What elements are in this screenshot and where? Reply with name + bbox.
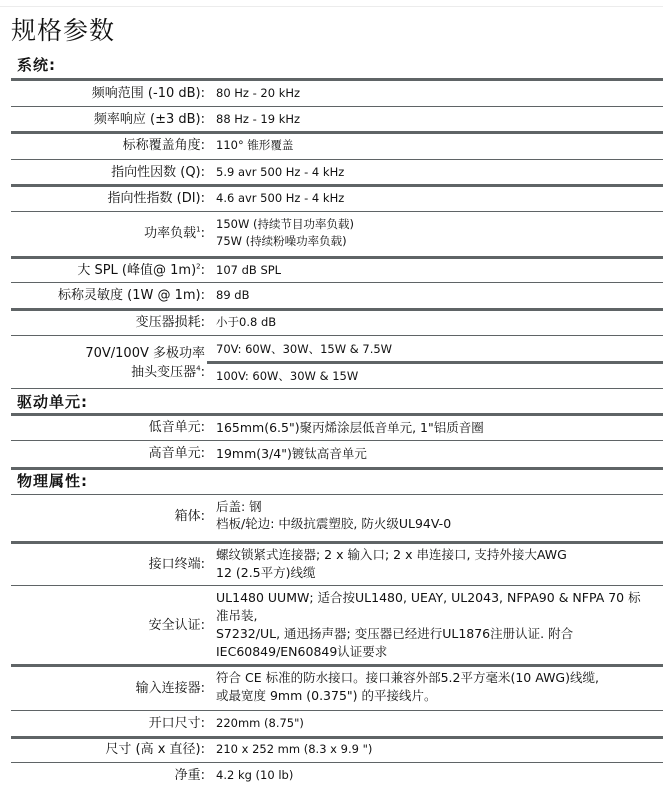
divider (11, 256, 663, 259)
spec-value-100v: 100V: 60W、30W & 15W (216, 368, 659, 385)
spec-value-line: UL1480 UUMW; 适合按UL1480, UEAY, UL2043, NF… (216, 589, 659, 607)
spec-value: 小于0.8 dB (216, 314, 659, 331)
spec-label: 指向性指数 (DI): (107, 190, 205, 207)
divider (11, 494, 663, 495)
spec-value: 165mm(6.5")聚丙烯涂层低音单元, 1"铝质音圈 (216, 419, 659, 436)
spec-value: 4.6 avr 500 Hz - 4 kHz (216, 190, 659, 207)
divider (11, 413, 663, 416)
spec-label: 接口终端: (149, 556, 205, 573)
spec-value: 符合 CE 标准的防水接口。接口兼容外部5.2平方毫米(10 AWG)线缆, 或… (216, 669, 659, 705)
divider (11, 211, 663, 212)
spec-value: 19mm(3/4")镀钛高音单元 (216, 445, 659, 462)
section-title-physical: 物理属性: (17, 471, 88, 491)
spec-value: 88 Hz - 19 kHz (216, 111, 659, 128)
spec-value-line: 后盖: 钢 (216, 498, 659, 515)
spec-value-line: S7232/UL, 通迅扬声器; 变压器已经进行UL1876注册认证. 附合 (216, 625, 659, 643)
spec-value-line: 12 (2.5平方)线缆 (216, 564, 659, 582)
spec-value: 螺纹锁紧式连接器; 2 x 输入口; 2 x 串连接口, 支持外接大AWG 12… (216, 546, 659, 582)
spec-value-line: 或最宽度 9mm (0.375") 的平接线片。 (216, 687, 659, 705)
spec-value: 110° 锥形覆盖 (216, 137, 659, 154)
spec-value: 4.2 kg (10 lb) (216, 767, 659, 784)
spec-label: 净重: (175, 767, 205, 784)
spec-value: 后盖: 钢 档板/轮边: 中级抗震塑胶, 防火级UL94V-0 (216, 498, 659, 532)
spec-value-line: 螺纹锁紧式连接器; 2 x 输入口; 2 x 串连接口, 支持外接大AWG (216, 546, 659, 564)
spec-label: 开口尺寸: (149, 715, 205, 732)
spec-label: 指向性因数 (Q): (111, 164, 205, 181)
divider (11, 106, 663, 107)
spec-label: 大 SPL (峰值@ 1m)2: (77, 262, 205, 279)
spec-label: 频率响应 (±3 dB): (94, 111, 205, 128)
divider (11, 335, 663, 336)
section-title-drivers: 驱动单元: (17, 392, 88, 412)
spec-value-line: 符合 CE 标准的防水接口。接口兼容外部5.2平方毫米(10 AWG)线缆, (216, 669, 659, 687)
divider (11, 388, 663, 389)
divider (11, 131, 663, 134)
spec-label: 输入连接器: (136, 680, 205, 697)
spec-value-line: IEC60849/EN60849认证要求 (216, 643, 659, 661)
spec-label: 功率负载1: (144, 225, 205, 242)
divider (11, 308, 663, 311)
spec-label: 70V/100V 多极功率 抽头变压器4: (85, 344, 205, 382)
divider (11, 184, 663, 187)
spec-value: 107 dB SPL (216, 262, 659, 279)
spec-value-line: 档板/轮边: 中级抗震塑胶, 防火级UL94V-0 (216, 515, 659, 532)
spec-value: 210 x 252 mm (8.3 x 9.9 ") (216, 741, 659, 758)
spec-value: 220mm (8.75") (216, 715, 659, 732)
page-title: 规格参数 (11, 14, 115, 48)
divider (11, 710, 663, 711)
section-title-system: 系统: (17, 55, 56, 75)
spec-value-line: 75W (持续粉噪功率负载) (216, 233, 659, 250)
top-divider (0, 6, 663, 7)
divider (11, 541, 663, 544)
divider (11, 585, 663, 586)
spec-label: 标称覆盖角度: (123, 137, 205, 154)
divider (11, 664, 663, 667)
spec-value: UL1480 UUMW; 适合按UL1480, UEAY, UL2043, NF… (216, 589, 659, 661)
spec-value: 5.9 avr 500 Hz - 4 kHz (216, 164, 659, 181)
divider (11, 78, 663, 81)
spec-label: 低音单元: (149, 419, 205, 436)
spec-label: 变压器损耗: (136, 314, 205, 331)
spec-value: 89 dB (216, 287, 659, 304)
spec-value: 150W (持续节目功率负载) 75W (持续粉噪功率负载) (216, 216, 659, 250)
divider (11, 762, 663, 763)
divider (11, 440, 663, 441)
spec-value-70v: 70V: 60W、30W、15W & 7.5W (216, 341, 659, 358)
spec-value-line: 150W (持续节目功率负载) (216, 216, 659, 233)
divider (11, 159, 663, 160)
sub-divider (207, 361, 663, 364)
divider (11, 282, 663, 283)
spec-label: 安全认证: (149, 617, 205, 634)
spec-label: 尺寸 (高 x 直径): (105, 741, 205, 758)
spec-label: 箱体: (175, 508, 205, 525)
spec-label: 高音单元: (149, 445, 205, 462)
spec-label: 标称灵敏度 (1W @ 1m): (58, 287, 205, 304)
divider (11, 736, 663, 739)
spec-value-line: 准吊装, (216, 607, 659, 625)
spec-value: 80 Hz - 20 kHz (216, 85, 659, 102)
spec-label: 频响范围 (-10 dB): (92, 85, 205, 102)
divider (11, 467, 663, 470)
